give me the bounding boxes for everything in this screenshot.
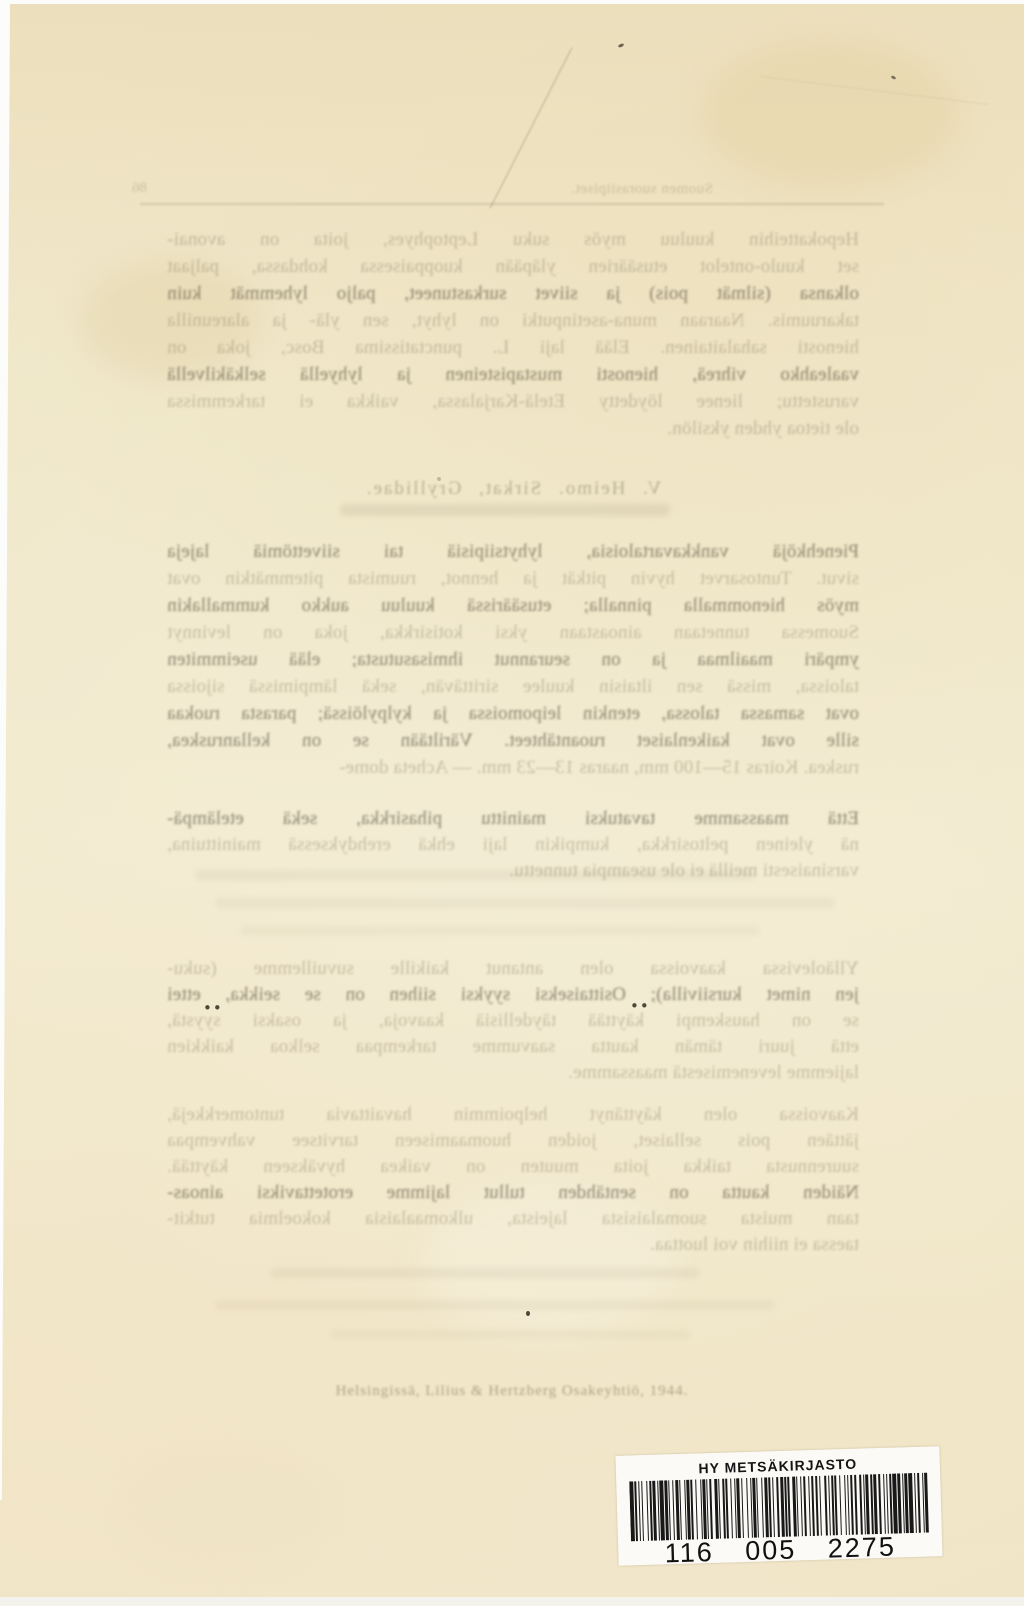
bleedthrough-smudge	[340, 504, 670, 516]
paper-stain	[80, 260, 260, 380]
paper-stain	[120, 1440, 340, 1570]
ink-dots-mark: ••	[630, 997, 650, 1015]
bleedthrough-smudge	[195, 870, 755, 880]
paper-speck	[437, 477, 441, 481]
paper-stain	[700, 40, 960, 190]
paper-sheet	[0, 0, 1024, 1597]
printer-imprint: Helsingissä, Lilius & Hertzberg Osakeyht…	[252, 1383, 772, 1400]
paper-stain	[420, 1180, 680, 1340]
scanned-page-image: 86 Suomen suorasiipiset. Hepokatteihin k…	[0, 0, 1024, 1606]
barcode-bar	[924, 1473, 929, 1533]
bleedthrough-smudge	[215, 1300, 775, 1310]
scan-edge-top	[0, 0, 1024, 4]
ink-dots-mark: ••	[203, 999, 223, 1017]
scan-edge-bottom	[0, 1597, 1024, 1606]
bleedthrough-smudge	[215, 898, 835, 908]
bleedthrough-smudge	[270, 1268, 700, 1278]
bleedthrough-smudge	[240, 926, 760, 935]
bleedthrough-smudge	[330, 1330, 690, 1339]
library-barcode-label: HY METSÄKIRJASTO 116 005 2275	[615, 1446, 942, 1566]
paper-speck	[526, 1311, 530, 1316]
